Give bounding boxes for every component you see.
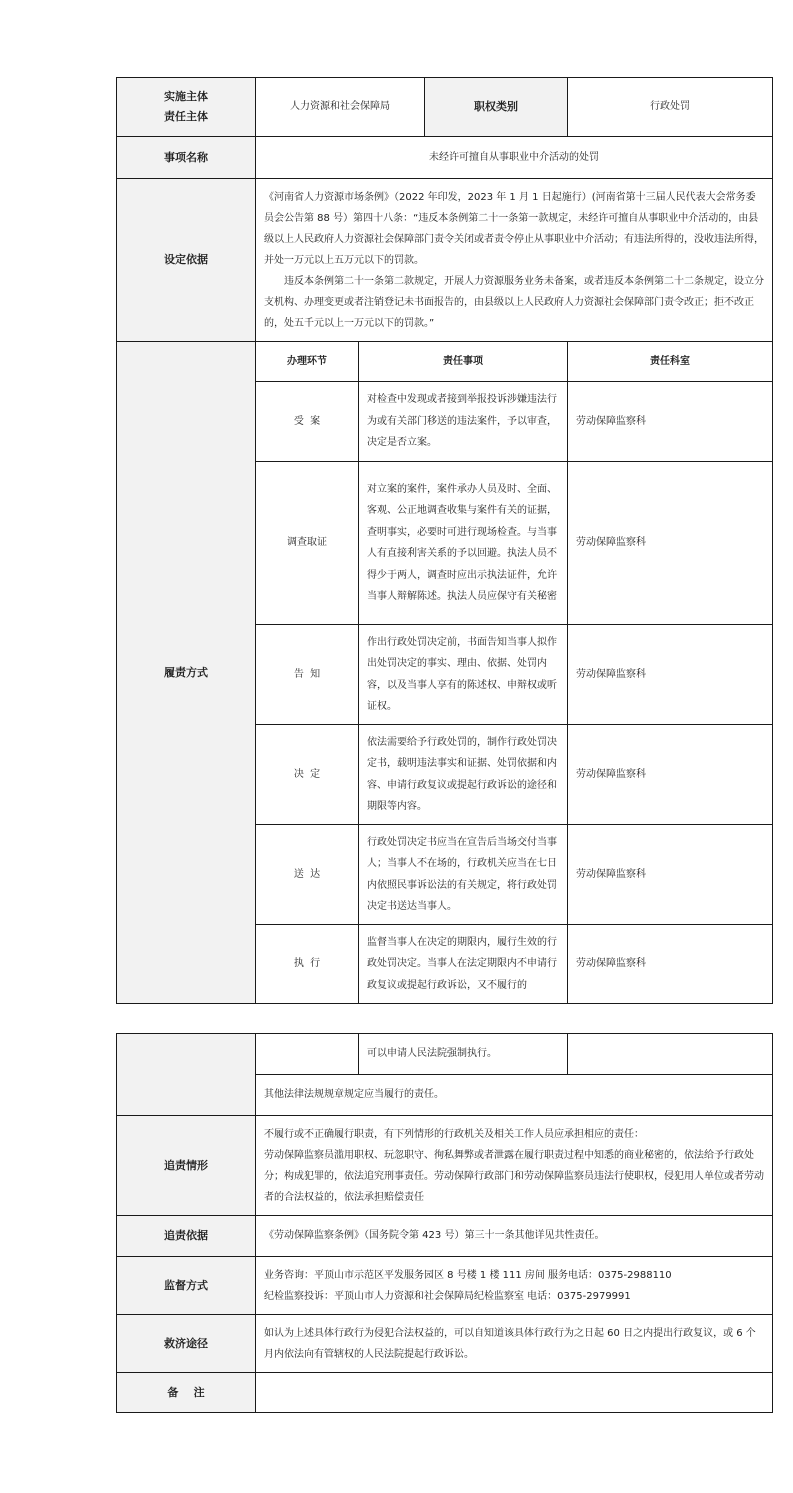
duty-description: 作出行政处罚决定前，书面告知当事人拟作出处罚决定的事实、理由、依据、处罚内容，以… bbox=[359, 625, 568, 725]
subject-label: 实施主体 责任主体 bbox=[117, 78, 256, 137]
subject-label-line2: 责任主体 bbox=[125, 107, 247, 127]
row-supervision: 监督方式 业务咨询：平顶山市示范区平发服务园区 8 号楼 1 楼 111 房间 … bbox=[117, 1257, 773, 1315]
duty-office: 劳动保障监察科 bbox=[568, 625, 773, 725]
duty-office: 劳动保障监察科 bbox=[568, 462, 773, 625]
duty-stage: 送 达 bbox=[256, 825, 359, 925]
accountability-line-2: 劳动保障监察员滥用职权、玩忽职守、徇私舞弊或者泄露在履行职责过程中知悉的商业秘密… bbox=[264, 1145, 764, 1208]
remarks-value bbox=[256, 1373, 773, 1413]
duty-office: 劳动保障监察科 bbox=[568, 725, 773, 825]
accountability-content: 不履行或不正确履行职责，有下列情形的行政机关及相关工作人员应承担相应的责任： 劳… bbox=[256, 1116, 773, 1216]
subject-label-line1: 实施主体 bbox=[125, 87, 247, 107]
duty-office: 劳动保障监察科 bbox=[568, 925, 773, 1004]
row-remedy: 救济途径 如认为上述具体行政行为侵犯合法权益的，可以自知道该具体行政行为之日起 … bbox=[117, 1315, 773, 1373]
item-name-label: 事项名称 bbox=[117, 137, 256, 179]
duty-stage: 告 知 bbox=[256, 625, 359, 725]
duty-stage: 调查取证 bbox=[256, 462, 359, 625]
duty-description: 对立案的案件，案件承办人员及时、全面、客观、公正地调查收集与案件有关的证据，查明… bbox=[359, 462, 568, 625]
accountability-line-1: 不履行或不正确履行职责，有下列情形的行政机关及相关工作人员应承担相应的责任： bbox=[264, 1124, 764, 1145]
duty-description: 对检查中发现或者接到举报投诉涉嫌违法行为或有关部门移送的违法案件，予以审查，决定… bbox=[359, 382, 568, 462]
basis-paragraph-1: 《河南省人力资源市场条例》（2022 年印发，2023 年 1 月 1 日起施行… bbox=[264, 187, 764, 271]
row-duty-continuation: 可以申请人民法院强制执行。 bbox=[117, 1034, 773, 1075]
row-item-name: 事项名称 未经许可擅自从事职业中介活动的处罚 bbox=[117, 137, 773, 179]
row-accountability-basis: 追责依据 《劳动保障监察条例》（国务院令第 423 号）第三十一条其他详见共性责… bbox=[117, 1216, 773, 1257]
other-duties: 其他法律法规规章规定应当履行的责任。 bbox=[256, 1075, 773, 1116]
duties-label: 履责方式 bbox=[117, 342, 256, 1004]
header-stage: 办理环节 bbox=[256, 342, 359, 382]
category-label: 职权类别 bbox=[425, 78, 568, 137]
supervision-label: 监督方式 bbox=[117, 1257, 256, 1315]
supervision-content: 业务咨询：平顶山市示范区平发服务园区 8 号楼 1 楼 111 房间 服务电话：… bbox=[256, 1257, 773, 1315]
accountability-basis-value: 《劳动保障监察条例》（国务院令第 423 号）第三十一条其他详见共性责任。 bbox=[256, 1216, 773, 1257]
duty-description: 依法需要给予行政处罚的，制作行政处罚决定书，载明违法事实和证据、处罚依据和内容、… bbox=[359, 725, 568, 825]
header-office: 责任科室 bbox=[568, 342, 773, 382]
duty-office-continued bbox=[568, 1034, 773, 1075]
row-subject: 实施主体 责任主体 人力资源和社会保障局 职权类别 行政处罚 bbox=[117, 78, 773, 137]
row-remarks: 备 注 bbox=[117, 1373, 773, 1413]
duties-label-continued bbox=[117, 1034, 256, 1116]
duty-stage: 受 案 bbox=[256, 382, 359, 462]
item-name-value: 未经许可擅自从事职业中介活动的处罚 bbox=[256, 137, 773, 179]
accountability-label: 追责情形 bbox=[117, 1116, 256, 1216]
remedy-value: 如认为上述具体行政行为侵犯合法权益的，可以自知道该具体行政行为之日起 60 日之… bbox=[256, 1315, 773, 1373]
row-duties-header: 履责方式 办理环节 责任事项 责任科室 bbox=[117, 342, 773, 382]
duty-office: 劳动保障监察科 bbox=[568, 382, 773, 462]
subject-value: 人力资源和社会保障局 bbox=[256, 78, 425, 137]
supervision-complaint: 纪检监察投诉：平顶山市人力资源和社会保障局纪检监察室 电话：0375-29799… bbox=[264, 1286, 764, 1307]
basis-paragraph-2: 违反本条例第二十一条第二款规定，开展人力资源服务业务未备案，或者违反本条例第二十… bbox=[264, 271, 764, 334]
duty-office: 劳动保障监察科 bbox=[568, 825, 773, 925]
row-basis: 设定依据 《河南省人力资源市场条例》（2022 年印发，2023 年 1 月 1… bbox=[117, 179, 773, 342]
duty-description: 监督当事人在决定的期限内，履行生效的行政处罚决定。当事人在法定期限内不申请行政复… bbox=[359, 925, 568, 1004]
responsibility-table-page1: 实施主体 责任主体 人力资源和社会保障局 职权类别 行政处罚 事项名称 未经许可… bbox=[116, 77, 773, 1004]
duty-stage: 执 行 bbox=[256, 925, 359, 1004]
remedy-label: 救济途径 bbox=[117, 1315, 256, 1373]
responsibility-table-page2: 可以申请人民法院强制执行。 其他法律法规规章规定应当履行的责任。 追责情形 不履… bbox=[116, 1033, 773, 1413]
category-value: 行政处罚 bbox=[568, 78, 773, 137]
duty-description-continued: 可以申请人民法院强制执行。 bbox=[359, 1034, 568, 1075]
row-accountability: 追责情形 不履行或不正确履行职责，有下列情形的行政机关及相关工作人员应承担相应的… bbox=[117, 1116, 773, 1216]
duty-stage: 决 定 bbox=[256, 725, 359, 825]
basis-label: 设定依据 bbox=[117, 179, 256, 342]
accountability-basis-label: 追责依据 bbox=[117, 1216, 256, 1257]
duty-stage-continued bbox=[256, 1034, 359, 1075]
duty-description: 行政处罚决定书应当在宣告后当场交付当事人；当事人不在场的，行政机关应当在七日内依… bbox=[359, 825, 568, 925]
basis-content: 《河南省人力资源市场条例》（2022 年印发，2023 年 1 月 1 日起施行… bbox=[256, 179, 773, 342]
supervision-consult: 业务咨询：平顶山市示范区平发服务园区 8 号楼 1 楼 111 房间 服务电话：… bbox=[264, 1265, 764, 1286]
remarks-label: 备 注 bbox=[117, 1373, 256, 1413]
header-duty: 责任事项 bbox=[359, 342, 568, 382]
